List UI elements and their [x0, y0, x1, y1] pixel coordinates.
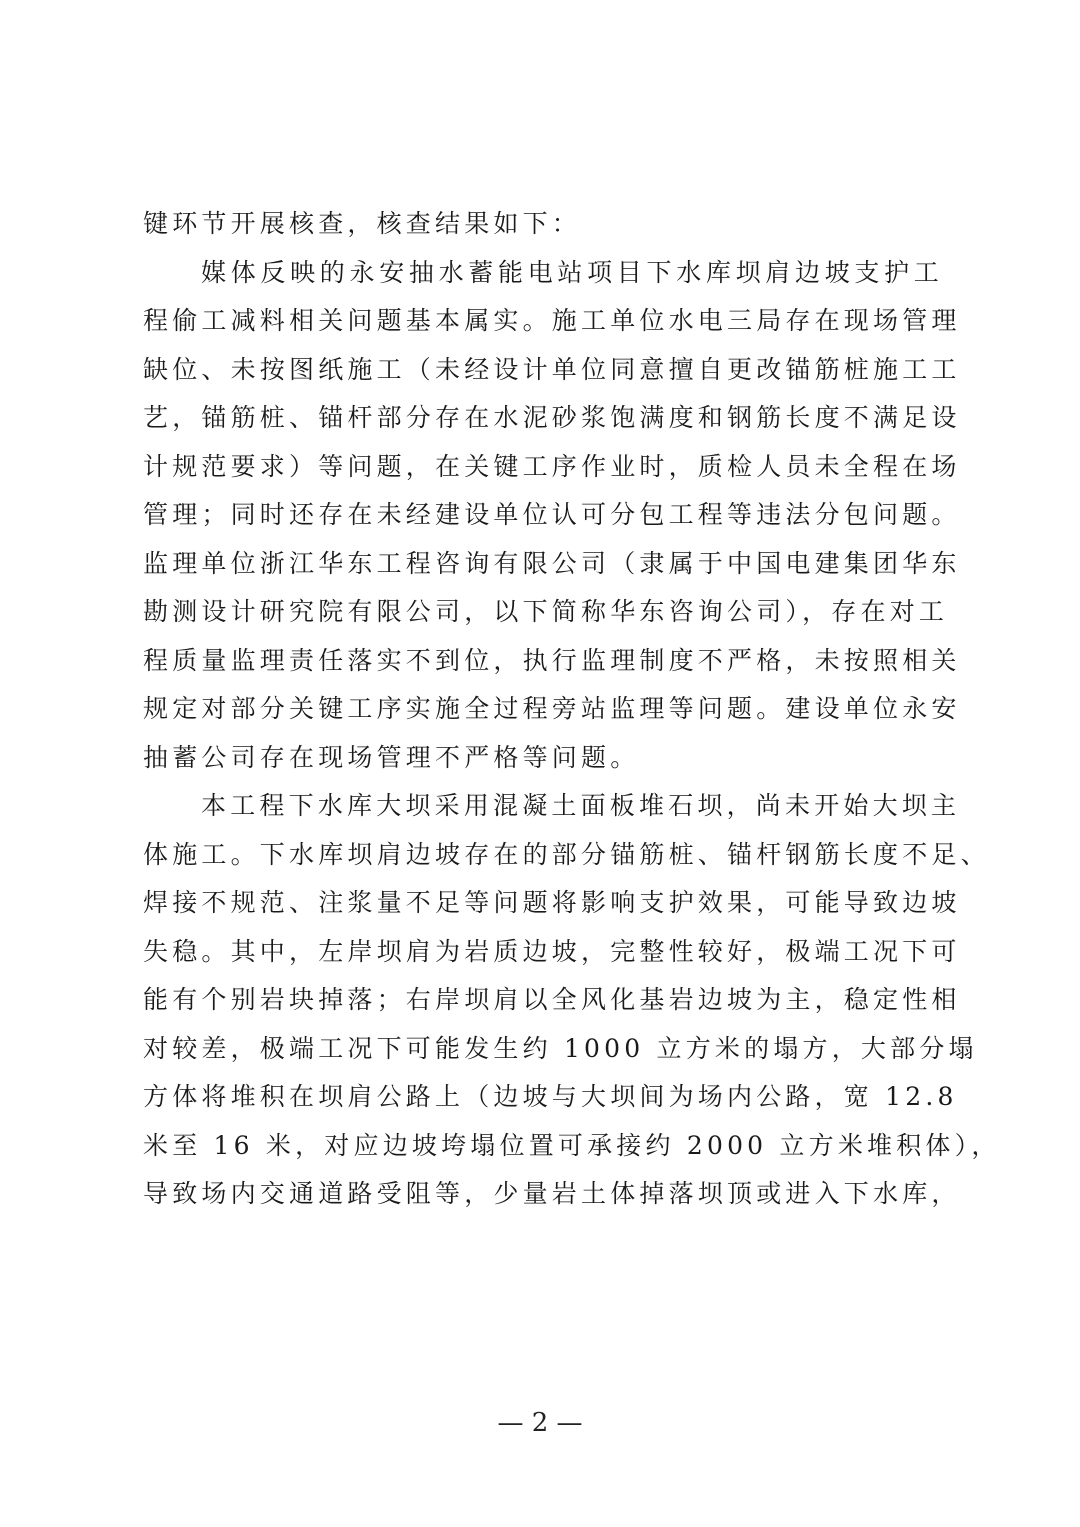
- text-line: 程偷工减料相关问题基本属实。施工单位水电三局存在现场管理: [143, 297, 943, 346]
- text-line: 对较差，极端工况下可能发生约 1000 立方米的塌方，大部分塌: [143, 1025, 943, 1074]
- text-line: 程质量监理责任落实不到位，执行监理制度不严格，未按照相关: [143, 637, 943, 686]
- text-line: 键环节开展核查，核查结果如下：: [143, 200, 943, 249]
- text-line: 焊接不规范、注浆量不足等问题将影响支护效果，可能导致边坡: [143, 879, 943, 928]
- text-line: 导致场内交通道路受阻等，少量岩土体掉落坝顶或进入下水库，: [143, 1170, 943, 1219]
- document-body: 键环节开展核查，核查结果如下： 媒体反映的永安抽水蓄能电站项目下水库坝肩边坡支护…: [143, 200, 943, 1219]
- text-line: 计规范要求）等问题，在关键工序作业时，质检人员未全程在场: [143, 443, 943, 492]
- text-line: 失稳。其中，左岸坝肩为岩质边坡，完整性较好，极端工况下可: [143, 928, 943, 977]
- text-line: 监理单位浙江华东工程咨询有限公司（隶属于中国电建集团华东: [143, 540, 943, 589]
- document-page: 键环节开展核查，核查结果如下： 媒体反映的永安抽水蓄能电站项目下水库坝肩边坡支护…: [0, 0, 1080, 1527]
- text-line: 米至 16 米，对应边坡垮塌位置可承接约 2000 立方米堆积体），: [143, 1122, 943, 1171]
- text-line: 规定对部分关键工序实施全过程旁站监理等问题。建设单位永安: [143, 685, 943, 734]
- text-line: 能有个别岩块掉落；右岸坝肩以全风化基岩边坡为主，稳定性相: [143, 976, 943, 1025]
- text-line: 管理；同时还存在未经建设单位认可分包工程等违法分包问题。: [143, 491, 943, 540]
- page-number: — 2 —: [0, 1408, 1080, 1438]
- paragraph-start-line: 媒体反映的永安抽水蓄能电站项目下水库坝肩边坡支护工: [143, 249, 943, 298]
- text-line: 艺，锚筋桩、锚杆部分存在水泥砂浆饱满度和钢筋长度不满足设: [143, 394, 943, 443]
- text-line: 勘测设计研究院有限公司，以下简称华东咨询公司），存在对工: [143, 588, 943, 637]
- text-line: 体施工。下水库坝肩边坡存在的部分锚筋桩、锚杆钢筋长度不足、: [143, 831, 943, 880]
- paragraph-start-line: 本工程下水库大坝采用混凝土面板堆石坝，尚未开始大坝主: [143, 782, 943, 831]
- text-line: 缺位、未按图纸施工（未经设计单位同意擅自更改锚筋桩施工工: [143, 346, 943, 395]
- text-line: 方体将堆积在坝肩公路上（边坡与大坝间为场内公路，宽 12.8: [143, 1073, 943, 1122]
- text-line: 抽蓄公司存在现场管理不严格等问题。: [143, 734, 943, 783]
